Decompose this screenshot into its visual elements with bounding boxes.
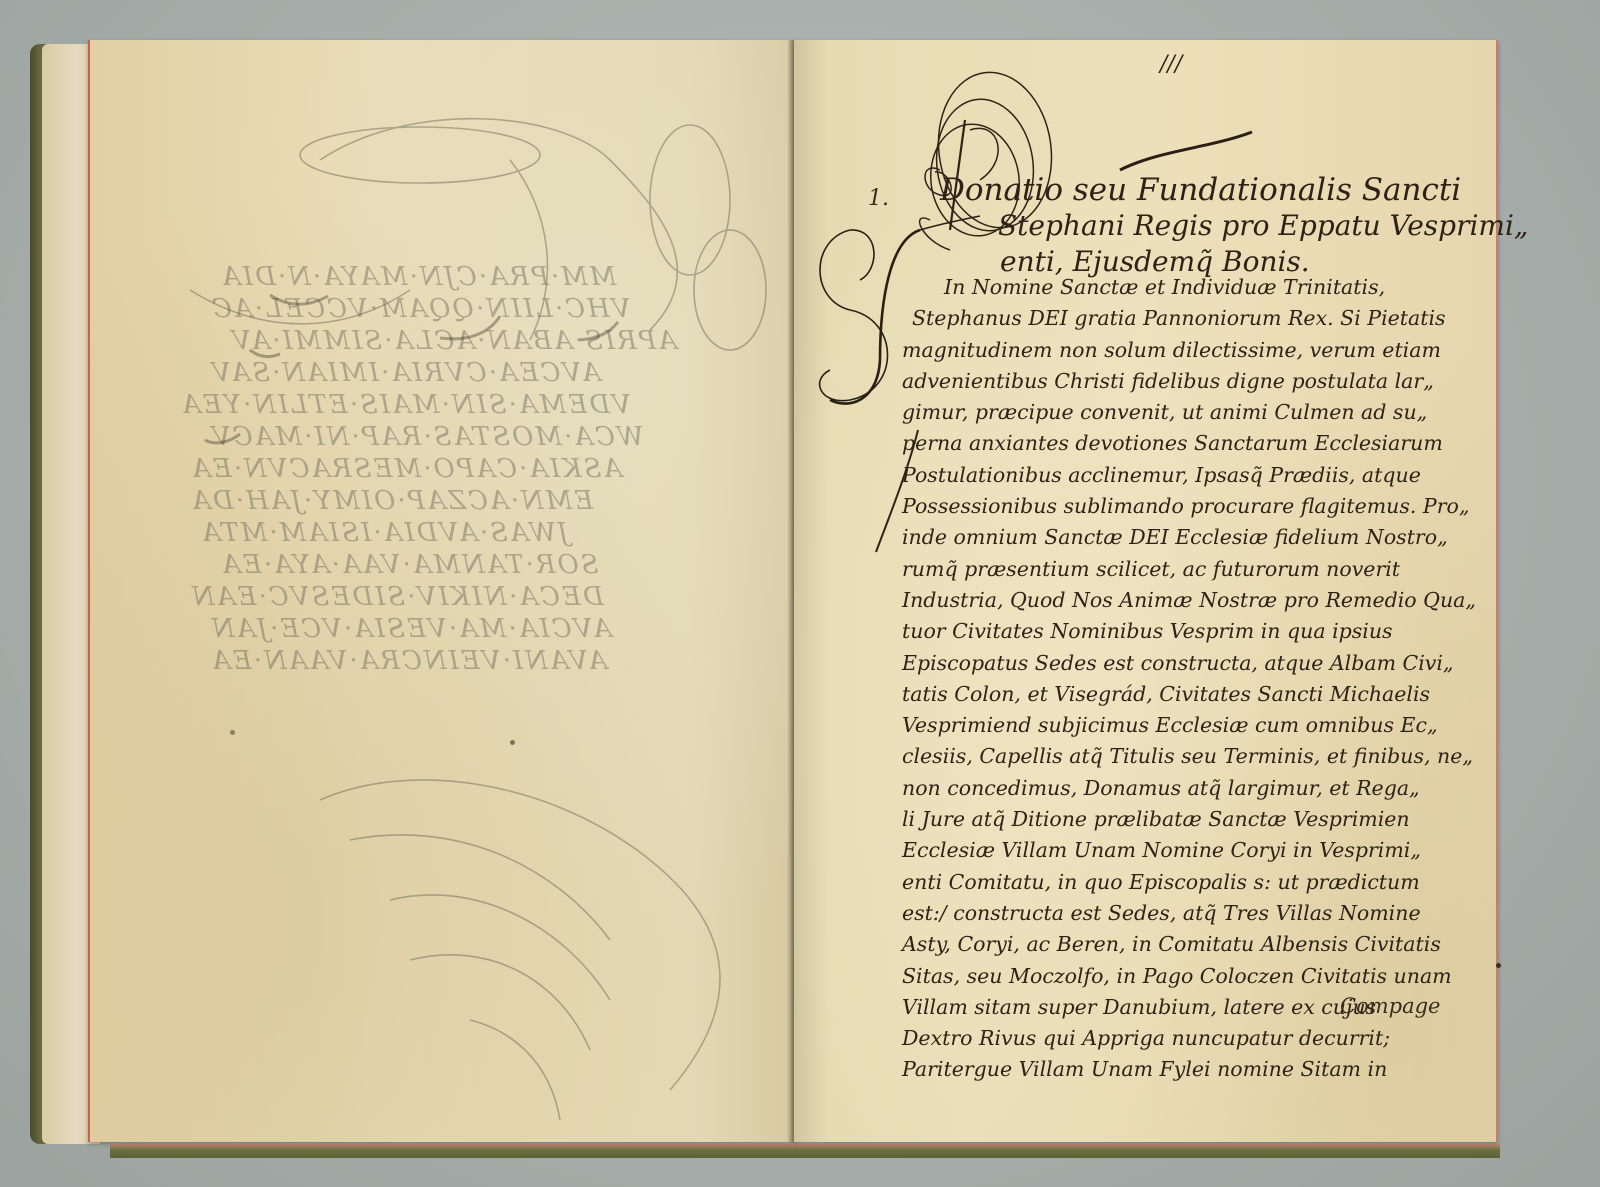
text-line: perna anxiantes devotiones Sanctarum Ecc…	[902, 428, 1462, 459]
text-line: tatis Colon, et Visegrád, Civitates Sanc…	[902, 679, 1462, 710]
catchword: Compage	[1340, 994, 1440, 1018]
text-line: advenientibus Christi fidelibus digne po…	[902, 366, 1462, 397]
title-line: Donatio seu Fundationalis Sancti	[940, 172, 1528, 208]
text-line: est:/ constructa est Sedes, atq̃ Tres Vi…	[902, 898, 1462, 929]
text-line: Industria, Quod Nos Animæ Nostræ pro Rem…	[902, 585, 1462, 616]
text-line: Episcopatus Sedes est constructa, atque …	[902, 648, 1462, 679]
document-title: Donatio seu Fundationalis Sancti Stephan…	[940, 172, 1528, 280]
text-line: non concedimus, Donamus atq̃ largimur, e…	[902, 773, 1462, 804]
text-line: clesiis, Capellis atq̃ Titulis seu Termi…	[902, 741, 1462, 772]
folio-number: ///	[1160, 52, 1182, 77]
bleed-flourish	[90, 40, 796, 1142]
text-line: gimur, præcipue convenit, ut animi Culme…	[902, 397, 1462, 428]
text-line: Stephanus DEI gratia Pannoniorum Rex. Si…	[902, 303, 1462, 334]
text-line: Asty, Coryi, ac Beren, in Comitatu Alben…	[902, 929, 1462, 960]
ink-spot	[1496, 963, 1501, 968]
manuscript-body: In Nomine Sanctæ et Individuæ Trinitatis…	[902, 272, 1462, 1086]
text-line: In Nomine Sanctæ et Individuæ Trinitatis…	[902, 272, 1462, 303]
margin-flourish	[868, 420, 928, 560]
text-line: Postulationibus acclinemur, Ipsasq̃ Præd…	[902, 460, 1462, 491]
text-line: magnitudinem non solum dilectissime, ver…	[902, 335, 1462, 366]
text-line: rumq̃ præsentium scilicet, ac futurorum …	[902, 554, 1462, 585]
ink-spot	[230, 730, 235, 735]
text-line: Possessionibus sublimando procurare flag…	[902, 491, 1462, 522]
text-line: Paritergue Villam Unam Fylei nomine Sita…	[902, 1054, 1462, 1085]
text-line: li Jure atq̃ Ditione prælibatæ Sanctæ Ve…	[902, 804, 1462, 835]
left-page: MM·PRA·CJN·MAYA·N·DIA VHC·LIIN·QQAM·VCCE…	[88, 40, 796, 1142]
text-line: inde omnium Sanctæ DEI Ecclesiæ fidelium…	[902, 522, 1462, 553]
book-cover-bottom-edge	[110, 1144, 1500, 1158]
text-line: Dextro Rivus qui Appriga nuncupatur decu…	[902, 1023, 1462, 1054]
ink-spot	[510, 740, 515, 745]
text-line: Sitas, seu Moczolfo, in Pago Coloczen Ci…	[902, 961, 1462, 992]
title-line: Stephani Regis pro Eppatu Vesprimi„	[940, 208, 1528, 244]
text-line: tuor Civitates Nominibus Vesprim in qua …	[902, 616, 1462, 647]
text-line: Vesprimiend subjicimus Ecclesiæ cum omni…	[902, 710, 1462, 741]
text-line: Ecclesiæ Villam Unam Nomine Coryi in Ves…	[902, 835, 1462, 866]
text-line: enti Comitatu, in quo Episcopalis s: ut …	[902, 867, 1462, 898]
